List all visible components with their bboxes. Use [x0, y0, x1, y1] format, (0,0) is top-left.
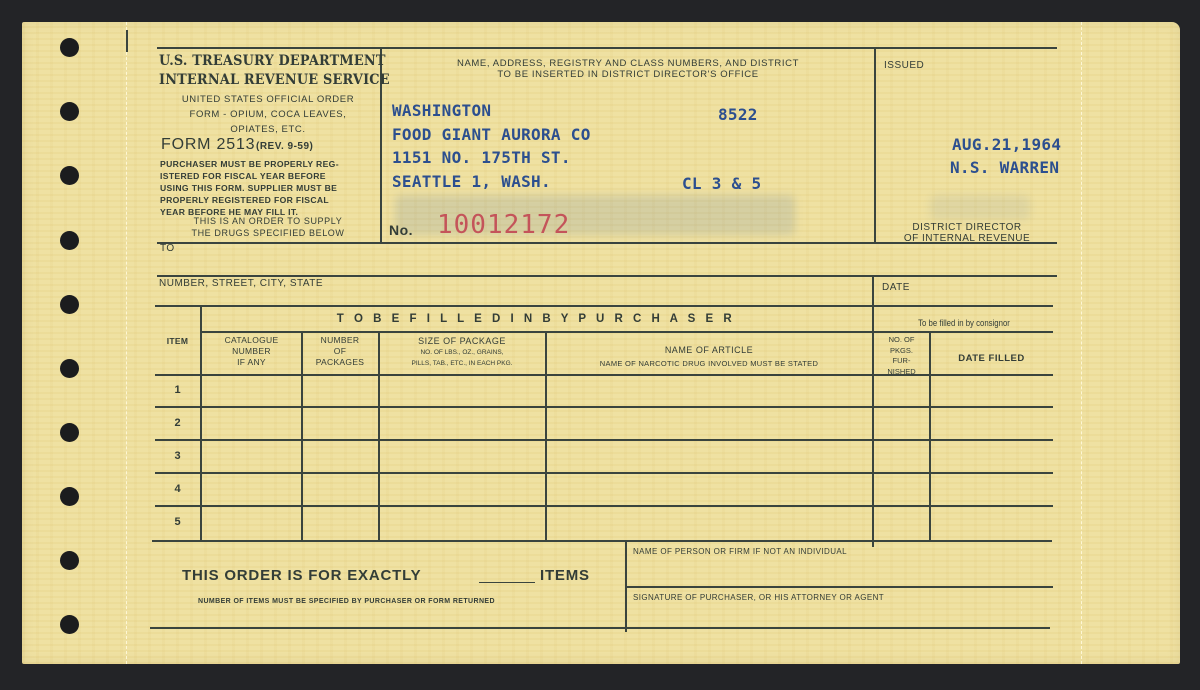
order-statement: THE DRUGS SPECIFIED BELOW	[157, 228, 379, 238]
order-note: NUMBER OF ITEMS MUST BE SPECIFIED BY PUR…	[198, 598, 495, 605]
registry-number: 8522	[718, 105, 758, 124]
order-suffix: ITEMS	[540, 567, 590, 584]
row-item-number: 3	[155, 450, 200, 462]
service-name: INTERNAL REVENUE SERVICE	[159, 72, 390, 88]
department-name: U.S. TREASURY DEPARTMENT	[159, 53, 386, 69]
registrant-city: SEATTLE 1, WASH.	[392, 172, 551, 191]
signature-label: SIGNATURE OF PURCHASER, OR HIS ATTORNEY …	[633, 593, 884, 602]
district-director-caption: OF INTERNAL REVENUE	[876, 233, 1058, 244]
form-number: FORM 2513	[161, 136, 255, 154]
order-statement: THIS IS AN ORDER TO SUPPLY	[157, 216, 379, 226]
item-count-field[interactable]	[479, 566, 535, 583]
binder-hole	[60, 551, 79, 570]
row-item-number: 5	[155, 516, 200, 528]
header-catalogue: CATALOGUENUMBERIF ANY	[202, 335, 301, 368]
header-size: SIZE OF PACKAGE NO. OF LBS., OZ., GRAINS…	[379, 336, 545, 369]
firm-name-field[interactable]	[633, 560, 1048, 584]
address-label: NUMBER, STREET, CITY, STATE	[159, 278, 323, 289]
row-entry-fields[interactable]	[202, 474, 1052, 504]
issued-by: N.S. WARREN	[950, 158, 1059, 177]
binder-hole	[60, 615, 79, 634]
banner-rule	[200, 331, 1053, 333]
row-entry-fields[interactable]	[202, 376, 1052, 405]
date-label: DATE	[882, 282, 910, 293]
binder-hole	[60, 166, 79, 185]
form-revision: (REV. 9-59)	[256, 141, 313, 152]
registrant-name: FOOD GIANT AURORA CO	[392, 125, 591, 144]
carbon-smudge	[930, 195, 1030, 220]
registry-instructions: TO BE INSERTED IN DISTRICT DIRECTOR'S OF…	[382, 69, 874, 80]
binder-hole	[60, 487, 79, 506]
row-item-number: 4	[155, 483, 200, 495]
purchaser-banner: T O B E F I L L E D I N B Y P U R C H A …	[200, 313, 872, 325]
registry-class: CL 3 & 5	[682, 174, 761, 193]
header-top-rule	[157, 47, 1057, 49]
serial-label: No.	[389, 222, 413, 238]
binder-hole	[60, 423, 79, 442]
to-label: TO	[160, 243, 175, 254]
to-rule	[157, 275, 1057, 277]
header-article: NAME OF ARTICLE NAME OF NARCOTIC DRUG IN…	[546, 343, 872, 371]
issued-date: AUG.21,1964	[952, 135, 1061, 154]
registration-notice: PURCHASER MUST BE PROPERLY REG- ISTERED …	[160, 158, 339, 218]
address-field[interactable]	[160, 290, 870, 306]
form-subtitle: UNITED STATES OFFICIAL ORDER	[157, 94, 379, 105]
binder-hole	[60, 359, 79, 378]
row-entry-fields[interactable]	[202, 408, 1052, 438]
row-item-number: 1	[155, 384, 200, 396]
row-entry-fields[interactable]	[202, 441, 1052, 471]
issued-label: ISSUED	[884, 60, 924, 71]
row-item-number: 2	[155, 417, 200, 429]
header-item: ITEM	[155, 336, 200, 346]
header-divider-right	[874, 47, 876, 244]
firm-label: NAME OF PERSON OR FIRM IF NOT AN INDIVID…	[633, 547, 847, 556]
row-entry-fields[interactable]	[202, 507, 1052, 539]
firm-rule	[627, 586, 1053, 588]
binder-hole	[60, 231, 79, 250]
perforation-line-right	[1081, 22, 1082, 664]
to-field[interactable]	[185, 244, 1045, 272]
registry-district: WASHINGTON	[392, 101, 491, 120]
header-packages: NUMBEROFPACKAGES	[302, 335, 378, 368]
consignor-banner: To be filled in by consignor	[890, 318, 1038, 329]
registry-instructions: NAME, ADDRESS, REGISTRY AND CLASS NUMBER…	[382, 58, 874, 69]
footer-bottom-rule	[150, 627, 1050, 629]
binder-hole	[60, 295, 79, 314]
registrant-street: 1151 NO. 175TH ST.	[392, 148, 571, 167]
district-director-caption: DISTRICT DIRECTOR	[876, 222, 1058, 233]
header-furnished: NO. OFPKGS.FUR-NISHED	[874, 335, 929, 377]
table-top-rule	[155, 305, 1053, 307]
signature-field[interactable]	[633, 605, 1048, 625]
form-subtitle: FORM - OPIUM, COCA LEAVES,	[157, 109, 379, 120]
table-bottom-rule	[152, 540, 1052, 542]
binder-hole	[60, 102, 79, 121]
perforation-line-left	[126, 22, 127, 664]
header-date-filled: DATE FILLED	[930, 353, 1053, 364]
binder-hole	[60, 38, 79, 57]
binding-mark	[126, 30, 128, 52]
order-prefix: THIS ORDER IS FOR EXACTLY	[182, 567, 421, 584]
form-subtitle: OPIATES, ETC.	[157, 124, 379, 135]
serial-number: 10012172	[437, 210, 570, 240]
